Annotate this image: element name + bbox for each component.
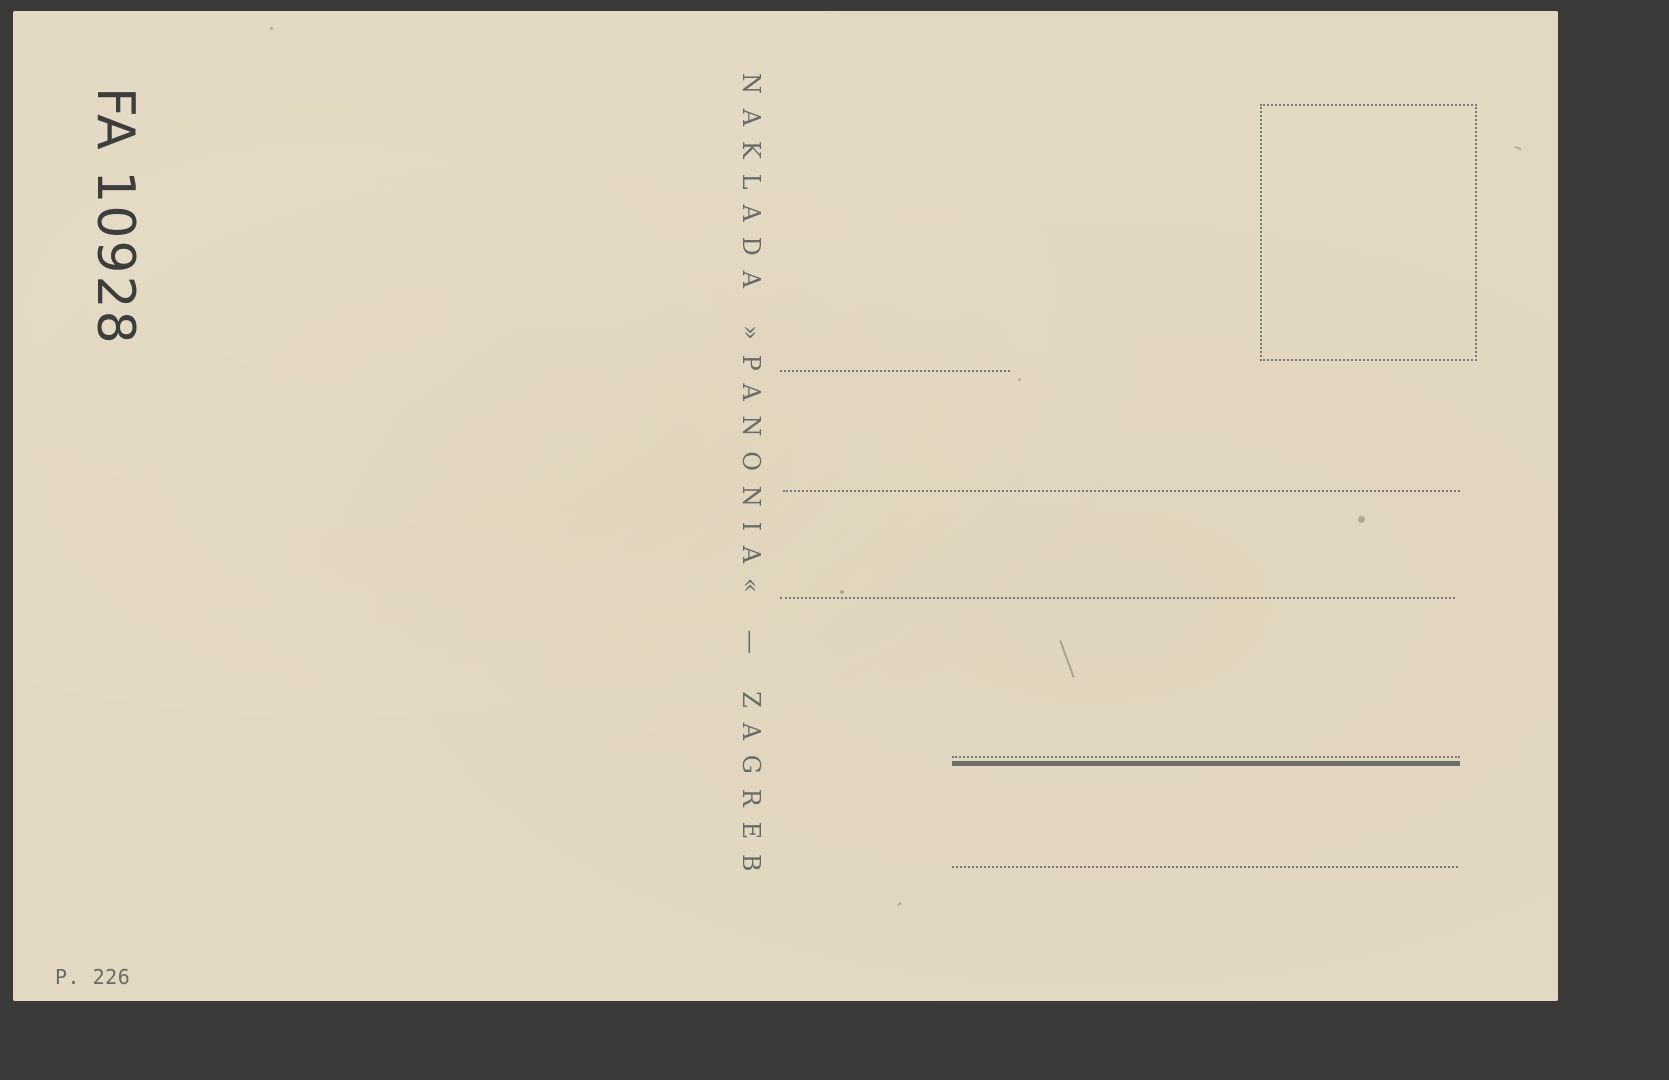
paper-speck bbox=[1018, 378, 1021, 381]
scan-frame: FA 10928 NAKLADA »PANONIA« — ZAGREB P. 2… bbox=[0, 0, 1669, 1080]
address-line-2 bbox=[783, 490, 1460, 492]
address-line-5 bbox=[952, 866, 1458, 868]
stamp-box bbox=[1260, 104, 1477, 361]
paper-speck bbox=[840, 590, 844, 594]
catalog-number-text: FA 10928 bbox=[89, 87, 141, 346]
postcard-reverse: FA 10928 NAKLADA »PANONIA« — ZAGREB P. 2… bbox=[13, 11, 1558, 1001]
address-line-4-solid bbox=[952, 761, 1460, 766]
publisher-imprint: NAKLADA »PANONIA« — ZAGREB bbox=[739, 73, 763, 886]
address-line-3 bbox=[780, 597, 1455, 599]
address-line-1 bbox=[780, 370, 1010, 372]
paper-speck bbox=[270, 27, 273, 30]
address-line-4-dotted bbox=[952, 756, 1460, 758]
paper-speck bbox=[1358, 516, 1365, 523]
paper-speck bbox=[1514, 146, 1522, 151]
handwritten-catalog-number: FA 10928 bbox=[89, 47, 149, 357]
series-code: P. 226 bbox=[55, 965, 130, 989]
paper-speck bbox=[897, 902, 902, 907]
paper-speck bbox=[1059, 640, 1075, 678]
